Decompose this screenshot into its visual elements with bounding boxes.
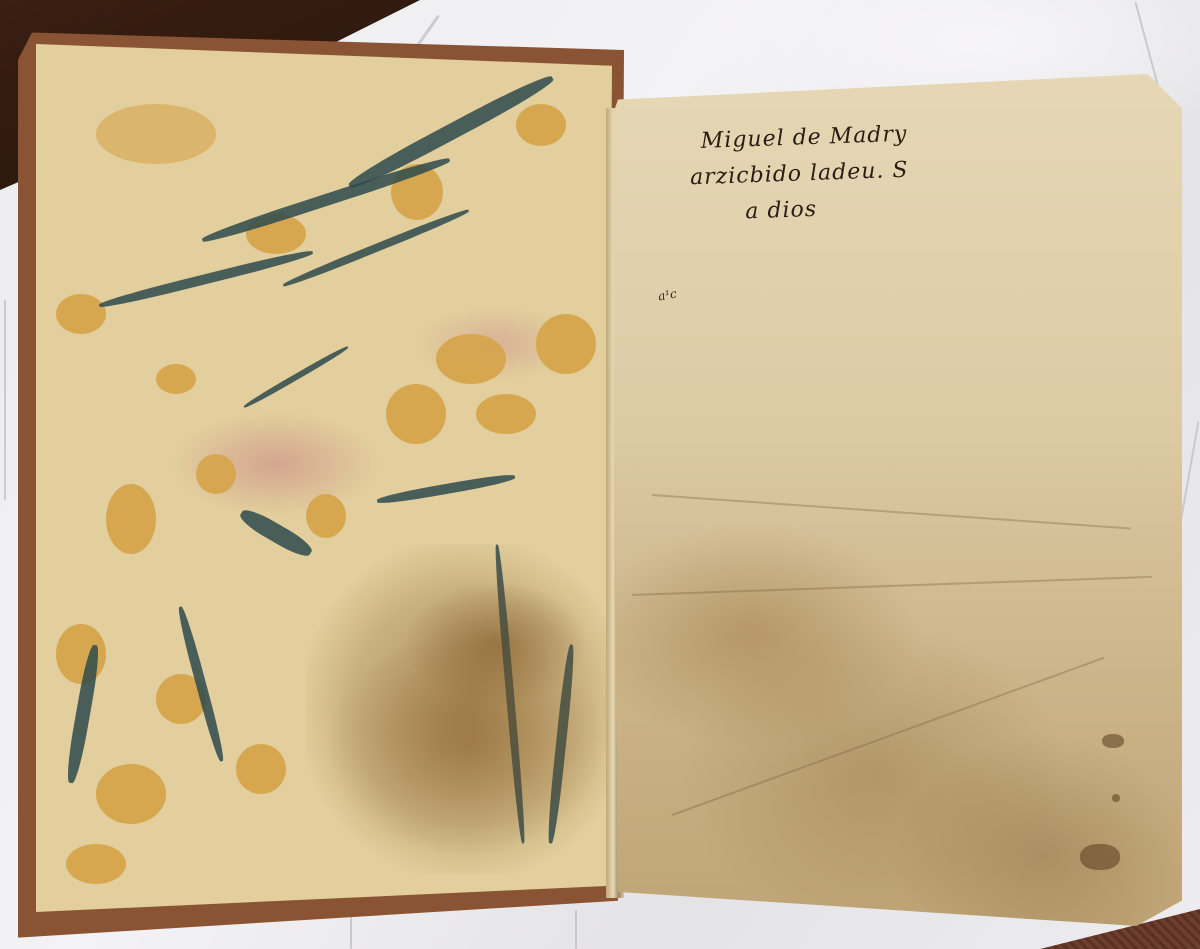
marble-vein [350, 915, 352, 949]
paper-crease [652, 494, 1131, 529]
marble-spot [196, 454, 236, 494]
paper-crease [632, 576, 1152, 596]
paper-crease [672, 657, 1105, 816]
marble-spot [66, 844, 126, 884]
marble-spot [96, 764, 166, 824]
marble-spot [386, 384, 446, 444]
marble-vein [575, 910, 577, 949]
marble-spot [156, 364, 196, 394]
marble-swirl [282, 207, 470, 289]
marble-spot [476, 394, 536, 434]
marble-spot [56, 294, 106, 334]
foxing-stain [1080, 844, 1120, 870]
marble-spot [516, 104, 566, 146]
marble-spot [236, 744, 286, 794]
handwritten-inscription: Miguel de Madry arzicbido ladeu. S a dio… [688, 112, 1052, 232]
marble-swirl [237, 505, 315, 561]
marble-spot [96, 104, 216, 164]
marble-spot [436, 334, 506, 384]
marble-vein [4, 300, 6, 500]
water-stain [306, 544, 612, 874]
foxing-stain [1112, 794, 1120, 802]
marble-spot [106, 484, 156, 554]
marbled-endpaper [36, 44, 612, 912]
marble-swirl [243, 344, 350, 409]
marble-swirl [98, 248, 314, 311]
marble-spot [56, 624, 106, 684]
foxing-stain [1102, 734, 1124, 748]
marble-spot [306, 494, 346, 538]
photo-scene: Miguel de Madry arzicbido ladeu. S a dio… [0, 0, 1200, 949]
marble-spot [536, 314, 596, 374]
marble-swirl [376, 472, 516, 506]
